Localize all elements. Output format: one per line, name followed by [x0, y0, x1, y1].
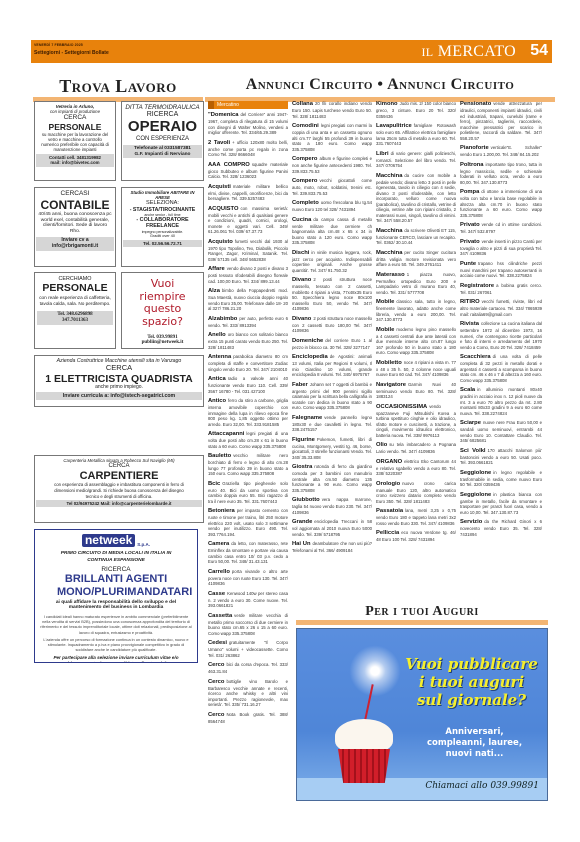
classified-text: Graziella tipo pieghevole solo euro 40. … — [208, 481, 288, 504]
classified-keyword: Orologio — [376, 481, 400, 487]
classified-entry: ORGANOelettrico Eko Cantorum 44 e relati… — [376, 459, 456, 477]
section-title-trova-lavoro: Trova Lavoro — [33, 76, 203, 97]
classified-entry: Camerada letto, con materasso, rete Emin… — [208, 541, 288, 565]
classified-entry: Mobilettonoce 4 ripiani a vista m. 77 x … — [376, 360, 456, 378]
job-ad-personale-bar: CERCHIAMO PERSONALE con reale esperienza… — [34, 272, 116, 349]
classified-keyword: Alza — [208, 288, 220, 294]
classified-entry: KimonoJudo mis. 2/ 150 color bianco grec… — [376, 101, 456, 119]
classified-keyword: Registratore — [460, 283, 494, 289]
classified-entry: "Domenicadel Corriere" anni 1947-1967, c… — [208, 112, 288, 136]
classified-keyword: Pompa — [460, 189, 479, 195]
classified-entry: Grandeenciclopedia Treccani in 58 vol ag… — [292, 519, 372, 537]
classified-keyword: Falegname — [292, 415, 322, 421]
classified-entry: RITIROvecchi fumetti, riviste, libri ed … — [460, 299, 542, 317]
classified-entry: Orologionuovo crono carica manuale Euro … — [376, 481, 456, 505]
classified-entry: Affarevendo divano 2 posti e divano 3 po… — [208, 266, 288, 284]
classified-entry: Collana20 fili corallo indiano vendo Eur… — [292, 101, 372, 119]
classified-entry: OCCASIONISSIMAvendo spazzaneve Fuji Mits… — [376, 404, 456, 439]
classified-keyword: Domeniche — [292, 338, 323, 344]
classified-entry: Passatoialana, metri 3,25 x 0,75 vendo E… — [376, 508, 456, 526]
classified-keyword: Carrello — [208, 569, 230, 575]
classified-keyword: Cerco — [208, 679, 224, 685]
classified-entry: Dischiin vinile musica leggera, rock, ja… — [292, 250, 372, 274]
classified-entry: Macchinaper cucito Singer cucitura dritt… — [376, 250, 456, 268]
classified-entry: AAA COMPROsquadre materiale gioco Subbut… — [208, 162, 288, 180]
classified-keyword: Grande — [292, 519, 312, 525]
classified-entry: Anticaradio a valvole anni 40 funzionant… — [208, 376, 288, 394]
classified-keyword: Mobile — [376, 299, 394, 305]
classified-keyword: AAA COMPRO — [208, 162, 250, 168]
auguri-occasions: Anniversari, compleanni, lauree, nuovi n… — [412, 727, 537, 760]
classified-entry: FaberJohann set 7 oggetti di bambù e arg… — [292, 382, 372, 411]
classified-keyword: Macchina — [376, 173, 402, 179]
classified-entry: Cassettaverde militare vecchia di metall… — [208, 613, 288, 637]
classified-keyword: Comodini — [292, 123, 319, 129]
classified-entry: Seggiolonein plastica bianca con gambe i… — [460, 492, 542, 516]
issue-date: VENERDÌ 7 FEBBRAIO 2025 — [34, 43, 83, 47]
classified-entry: Libridi vario genere: gialli polizieschi… — [376, 151, 456, 169]
category-header: Mercatino — [208, 101, 288, 109]
classified-entry: Cedesigratuitamente "Il Corpo Umano" vol… — [208, 640, 288, 658]
classified-keyword: Compero — [292, 178, 317, 184]
classified-keyword: Completo — [292, 200, 319, 206]
classified-keyword: "Domenica — [208, 112, 238, 118]
classified-keyword: Antica — [208, 376, 226, 382]
classified-keyword: Seggiolone — [460, 470, 491, 476]
classified-keyword: Hai Un — [292, 541, 311, 547]
classified-text: su tela imbarcadero a Pognana Lario vend… — [376, 442, 456, 454]
classified-entry: Materasso1 piazza nuovo, Permaflex ortop… — [376, 272, 456, 296]
classified-entry: Macchinada cucire con mobile a pedale ve… — [376, 173, 456, 224]
classified-entry: Pompadi ottone a immersione di una volta… — [460, 189, 542, 218]
classified-keyword: Cerco — [208, 662, 224, 668]
promo-ad-riempire: Vuoi riempire questo spazio? Tel. 039.99… — [121, 272, 204, 349]
classified-keyword: Faber — [292, 382, 308, 388]
classified-keyword: Sciarpe — [460, 420, 481, 426]
classified-keyword: Betoniera — [208, 508, 235, 514]
classifieds-column-4: Pensionatovende attrezzatura per idrauli… — [460, 101, 542, 541]
classified-keyword: Macchina — [376, 250, 402, 256]
classified-entry: Acquistofumetti vecchi dal 1930 al 1970 … — [208, 239, 288, 263]
classified-entry: Completouomo frescolana blu tg.54 nuovo … — [292, 200, 372, 213]
classified-entry: Anellooro bianco con solitario bianco ex… — [208, 332, 288, 350]
classified-keyword: Seggiolone — [460, 492, 491, 498]
classified-keyword: Collana — [292, 101, 313, 107]
classified-keyword: Anello — [208, 332, 226, 338]
classified-keyword: Punte — [460, 261, 476, 267]
classified-keyword: Scacchiera — [460, 354, 491, 360]
classified-text: bimbo della Foppapedretti mod. Sua Maest… — [208, 288, 288, 311]
classified-entry: Pensionatovende attrezzatura per idrauli… — [460, 101, 542, 141]
classified-entry: CercoNota Book gratis. Tel. 388/ 8564748 — [208, 712, 288, 725]
classified-entry: Acquistimateriale militare bellico elmi,… — [208, 184, 288, 202]
classified-entry: Privatovende inserti in pizzo Cantù per … — [460, 239, 542, 257]
classified-entry: Domenichedel corriere Euro 1 al pezzo in… — [292, 338, 372, 351]
job-ad-contabile: CERCASI CONTABILE 40/45 anni, buona cono… — [34, 187, 116, 267]
classified-entry: Falegnamevende pannello legno 180x30 e d… — [292, 415, 372, 433]
auguri-headline: Vuoi pubblicare i tuoi auguri sul giorna… — [404, 655, 539, 709]
publication-name: Settegiorni - Settegiorni Bollate — [34, 50, 109, 56]
classified-entry: 2 Tavoli+ ufficio 120x80 molto belli, an… — [208, 140, 288, 158]
classified-entry: NavigatoreGarmin Nuvi 40 seminuovo vendo… — [376, 382, 456, 400]
classified-entry: BcicGraziella tipo pieghevole solo euro … — [208, 481, 288, 505]
page-number: 54 — [530, 42, 548, 60]
classified-text: da cucire con mobile a pedale vendo; div… — [376, 173, 456, 224]
classified-keyword: Libri — [376, 151, 389, 157]
classified-keyword: Scala — [460, 387, 475, 393]
classified-entry: Pianoforteverticale"E. Schaller" vendo E… — [460, 145, 542, 158]
classified-entry: Anticoferro da stiro a carbone, griglia … — [208, 398, 288, 427]
classified-keyword: Affare — [208, 266, 225, 272]
classified-keyword: Privato — [460, 222, 480, 228]
classified-keyword: Giostra — [292, 464, 312, 470]
job-ad-netweek: netweek S.p.A. PRIMO CIRCUITO DI MEDIA L… — [34, 529, 198, 663]
job-ad-immobiliare: Studio Immobiliare ABITARE IN ARESE SELE… — [121, 187, 204, 267]
section-brand: IL MERCATO — [421, 43, 516, 61]
job-ad-termoidraulica: DITTA TERMOIDRAULICA RICERCA OPERAIO CON… — [121, 101, 204, 181]
classified-keyword: Privato — [460, 239, 480, 245]
classified-entry: Pellicciaeco nuova Verdone tg. 46/ 48 Eu… — [376, 530, 456, 543]
classified-entry: Enciclopediade Agostini: animali 13 volu… — [292, 354, 372, 378]
classified-keyword: Mobile — [376, 327, 394, 333]
classified-keyword: Giubbotto — [292, 497, 320, 503]
classified-entry: FigurinePokemon, fumetti, libri di cucin… — [292, 437, 372, 461]
classified-keyword: Pelliccia — [376, 530, 399, 536]
classified-keyword: Acquisto — [208, 239, 233, 245]
classified-entry: Servizioda the Richard Ginori x 6 novece… — [460, 519, 542, 537]
classified-keyword: Bcic — [208, 481, 220, 487]
classified-keyword: OCCASIONISSIMA — [376, 404, 427, 410]
section-title-annunci: Annunci Circuito • Annunci Circuito — [205, 76, 555, 94]
classified-entry: Hai Undeambulatore che non usi più? Tele… — [292, 541, 372, 554]
classified-keyword: Attaccapanni — [208, 431, 244, 437]
classified-keyword: Acquisti — [208, 184, 231, 190]
classified-keyword: Macchina — [376, 228, 402, 234]
classified-entry: Comperoalbum e figurine completi e non a… — [292, 156, 372, 174]
classified-keyword: Materasso — [376, 272, 405, 278]
classified-entry: Cercobottiglie vino Barolo e Barbaresco … — [208, 679, 288, 708]
classified-entry: Oliosu tela imbarcadero a Pognana Lario … — [376, 442, 456, 455]
classified-keyword: Dischi — [292, 250, 309, 256]
classified-keyword: Poltrona — [460, 162, 484, 168]
job-ad-elettricista: Azienda Costruttrice Macchine utensili s… — [34, 355, 204, 407]
classified-entry: Alzabimbo della Foppapedretti mod. Sua M… — [208, 288, 288, 312]
classified-keyword: Cerco — [208, 712, 224, 718]
classified-keyword: Figurine — [292, 437, 315, 443]
auguri-promo-ad: Vuoi pubblicare i tuoi auguri sul giorna… — [296, 628, 548, 801]
classified-keyword: Cucina — [292, 217, 311, 223]
classified-entry: Cercobici da corsa d'epoca. Tel. 333/ 46… — [208, 662, 288, 675]
classified-entry: Macchinada scrivere Olivetti ET 115, fun… — [376, 228, 456, 246]
classified-keyword: Divano — [292, 316, 311, 322]
classified-entry: Poltronaimportante tipo trono, tutta in … — [460, 162, 542, 186]
classified-keyword: Bauletto — [208, 453, 231, 459]
classified-keyword: Camera — [208, 541, 229, 547]
classified-entry: Registratorea bobina gratis cerco. Tel. … — [460, 283, 542, 296]
section-title-auguri: Per i tuoi Auguri — [296, 604, 548, 620]
classified-entry: Scalain alluminio montanti 80x40 gradini… — [460, 387, 542, 416]
classified-keyword: Rivista — [460, 321, 479, 327]
riempire-headline: Vuoi riempire questo spazio? — [122, 278, 203, 329]
classified-keyword: Pianoforte — [460, 145, 489, 151]
classified-keyword: Kimono — [376, 101, 398, 107]
classified-entry: Alzabimboper auto, perfetto euro 6 vendo… — [208, 316, 288, 329]
classified-entry: Privatovende cd in ottime condizioni. Te… — [460, 222, 542, 235]
classified-keyword: Casse — [208, 591, 225, 597]
classified-entry: Carrelloporta vivande o altro arte pover… — [208, 569, 288, 587]
classified-keyword: Mobiletto — [376, 360, 402, 366]
classified-keyword: ACQUISTO — [208, 206, 239, 212]
classified-keyword: Lavapulitrice — [376, 123, 412, 129]
classified-keyword: Pensionato — [460, 101, 491, 107]
job-ad-vetreria: Vetreria in Arluno, con impianti di prod… — [34, 101, 116, 181]
section-underline — [296, 620, 548, 625]
classified-entry: Cucinada campo cassa di metallo verde mi… — [292, 217, 372, 246]
classified-keyword: Servizio — [460, 519, 482, 525]
classified-keyword: Navigatore — [376, 382, 406, 388]
classified-entry: Divano2 posti struttura noce massello, t… — [292, 277, 372, 312]
classified-keyword: 2 Tavoli — [208, 140, 230, 146]
classified-keyword: Olio — [376, 442, 387, 448]
classifieds-column-1: Mercatino "Domenicadel Corriere" anni 19… — [208, 101, 288, 728]
classified-keyword: Enciclopedia — [292, 354, 328, 360]
classified-entry: Sciarpenuove nere Frau Euro 50,00 e sand… — [460, 420, 542, 444]
classified-entry: Sci Volkl170 attacchi Salomon più' basto… — [460, 448, 542, 466]
classified-keyword: RITIRO — [460, 299, 480, 305]
classified-entry: Giostrarotonda di ferro da giardino como… — [292, 464, 372, 493]
classified-entry: Attaccapannilegni pregiati di una volta … — [208, 431, 288, 449]
classified-keyword: Passatoia — [376, 508, 403, 514]
classifieds-column-2: Collana20 fili corallo indiano vendo Eur… — [292, 101, 372, 558]
classified-keyword: Antico — [208, 398, 226, 404]
classified-keyword: Cassetta — [208, 613, 232, 619]
classified-entry: Seggiolonein legno regolabile e trasform… — [460, 470, 542, 488]
classified-keyword: Sci Volkl — [460, 448, 486, 454]
classified-entry: Rivistacollezione La cucina italiana dal… — [460, 321, 542, 350]
classified-keyword: Divano — [292, 277, 311, 283]
classified-entry: Divano2 posti struttura noce massello co… — [292, 316, 372, 334]
classified-keyword: Compero — [292, 156, 317, 162]
cupcake-sparkler-image — [333, 719, 395, 794]
classified-keyword: Antenna — [208, 354, 231, 360]
classified-entry: Mobilemoderno legno pino massello a 4 ca… — [376, 327, 456, 356]
job-ad-carpentiere: Carpenteria Metallica situata a Robecco … — [34, 455, 204, 523]
classifieds-column-3: KimonoJudo mis. 2/ 150 color bianco grec… — [376, 101, 456, 547]
page-header-bar: VENERDÌ 7 FEBBRAIO 2025 Settegiorni - Se… — [31, 40, 552, 63]
classified-entry: Comperovecchi giocattoli come auto, moto… — [292, 178, 372, 196]
classified-keyword: Alzabimbo — [208, 316, 237, 322]
classified-entry: ACQUISTOcon massima serietà: mobili vecc… — [208, 206, 288, 235]
classified-entry: Mobileclassico sala, tutto in legno, fin… — [376, 299, 456, 323]
classified-entry: Giubbottovera nappa marrone, taglia 54 n… — [292, 497, 372, 515]
classified-keyword: Cedesi — [208, 640, 227, 646]
classified-entry: Lavapulitricefamigliare Rotowash solo eu… — [376, 123, 456, 147]
classified-entry: Baulettovecchio militare nero borchiato … — [208, 453, 288, 477]
classified-entry: Puntetrapano hss cilindriche pezzi nuovi… — [460, 261, 542, 279]
classified-entry: Scacchieradi una volta di pelle completa… — [460, 354, 542, 383]
classified-entry: Betonieraper impasto cemento con ruote e… — [208, 508, 288, 537]
classified-entry: CasseKenwood 140w per stereo casa n. 2 v… — [208, 591, 288, 609]
netweek-logo: netweek S.p.A. — [35, 534, 197, 547]
auguri-phone: Chiamaci allo 039.99891 — [425, 781, 539, 791]
classified-entry: Comodinilegni pregiati con marmi la copp… — [292, 123, 372, 152]
classified-entry: Antennaparabolica diametro 80 cm complet… — [208, 354, 288, 372]
classified-keyword: ORGANO — [376, 459, 402, 465]
